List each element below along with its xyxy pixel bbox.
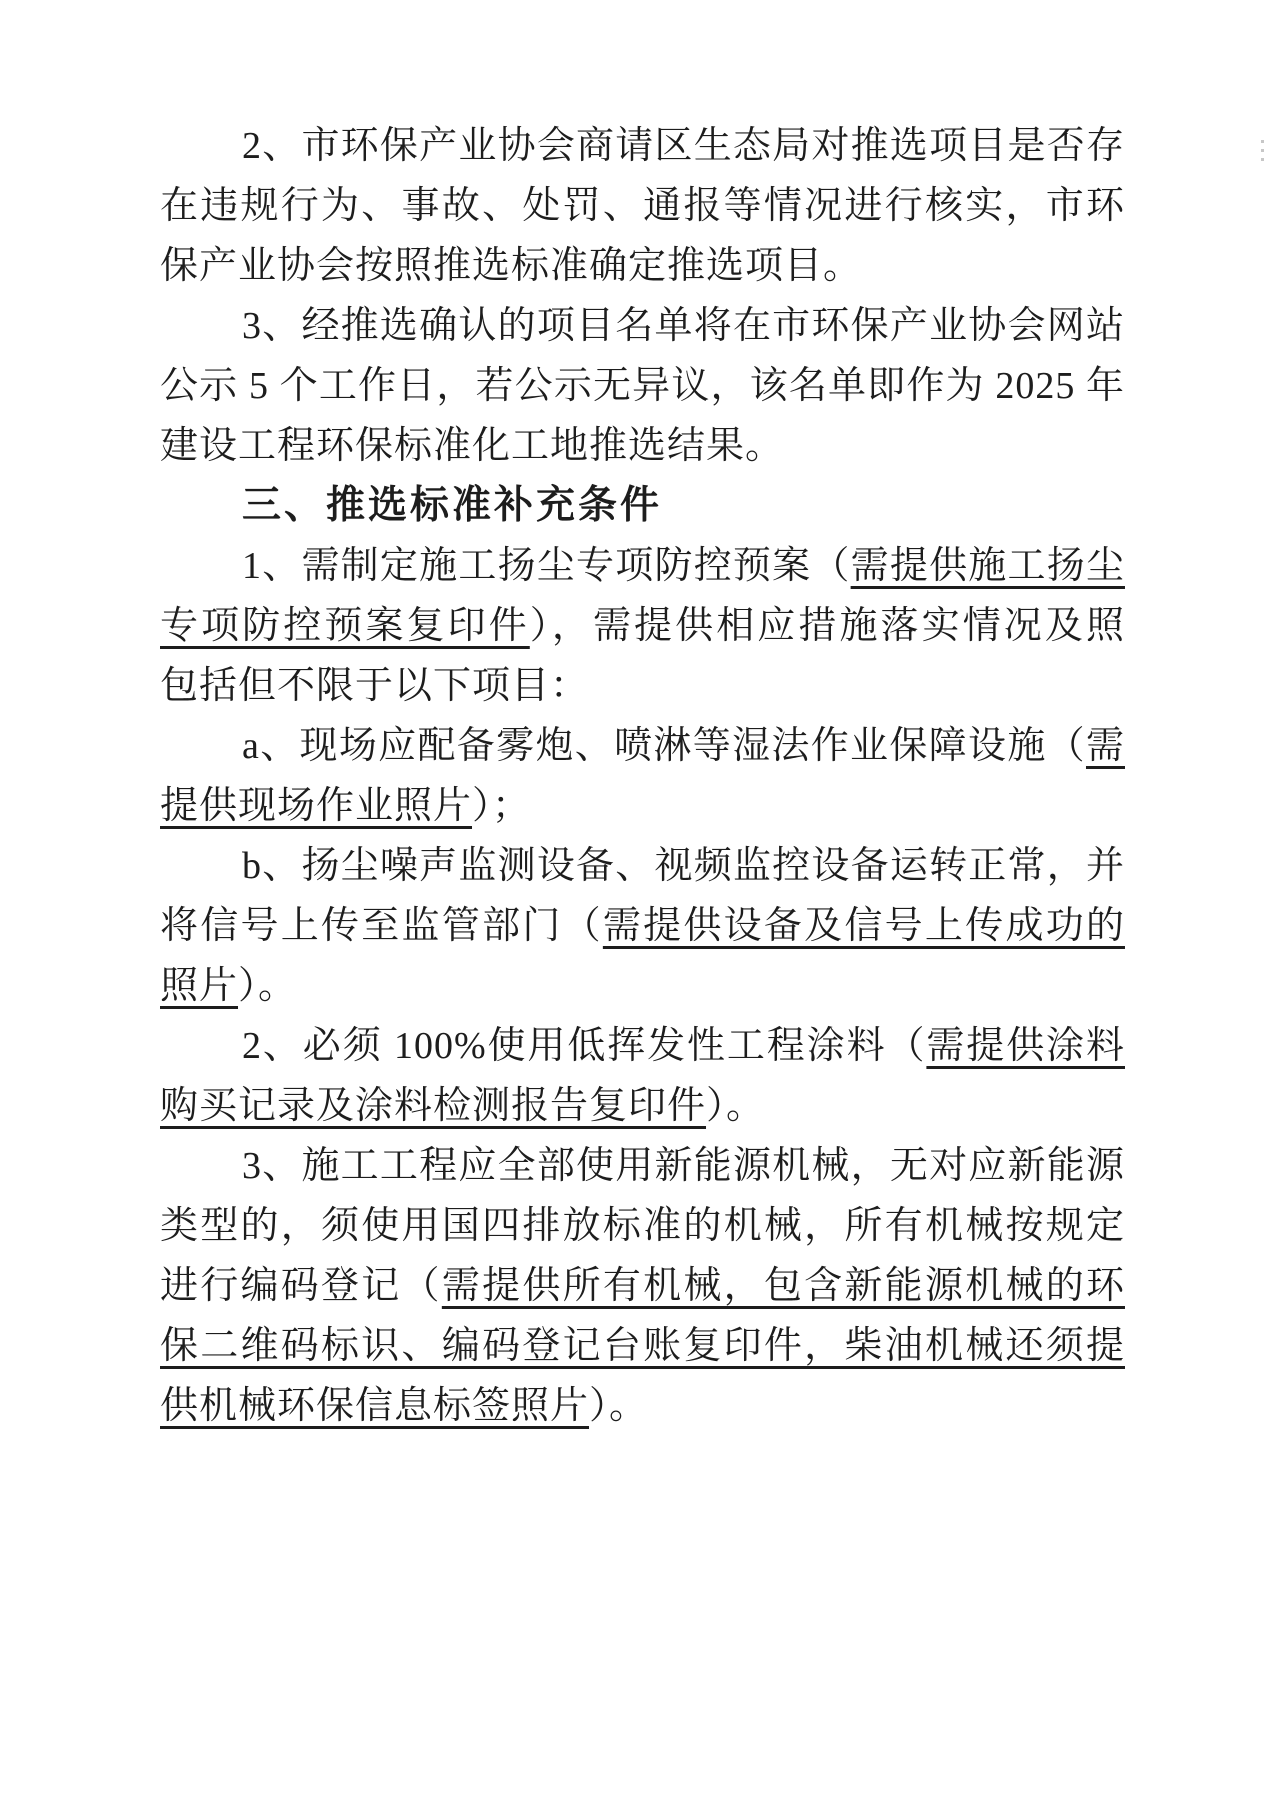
text-line: 2、市环保产业协会商请区生态局对推选项目是否存 — [160, 116, 1125, 176]
section-heading: 三、推选标准补充条件 — [160, 476, 1125, 536]
text-segment: ）。 — [238, 965, 297, 1007]
text-segment: 3、经推选确认的项目名单将在市环保产业协会网站 — [242, 305, 1125, 347]
underlined-text-segment: 需提供施工扬尘 — [851, 545, 1125, 587]
text-segment: 三、推选标准补充条件 — [242, 484, 662, 527]
text-line: 保产业协会按照推选标准确定推选项目。 — [160, 236, 1125, 296]
text-segment: 3、施工工程应全部使用新能源机械，无对应新能源 — [242, 1145, 1125, 1187]
document-text-block: 2、市环保产业协会商请区生态局对推选项目是否存在违规行为、事故、处罚、通报等情况… — [160, 116, 1125, 1436]
text-line: 购买记录及涂料检测报告复印件）。 — [160, 1076, 1125, 1136]
text-line: 包括但不限于以下项目： — [160, 656, 1125, 716]
text-segment: 1、需制定施工扬尘专项防控预案（ — [242, 545, 851, 587]
text-line: 提供现场作业照片）； — [160, 776, 1125, 836]
text-segment: 在违规行为、事故、处罚、通报等情况进行核实，市环 — [160, 185, 1125, 227]
text-line: 公示 5 个工作日，若公示无异议，该名单即作为 2025 年 — [160, 356, 1125, 416]
underlined-text-segment: 购买记录及涂料检测报告复印件 — [160, 1085, 706, 1127]
text-line: 进行编码登记（需提供所有机械，包含新能源机械的环 — [160, 1256, 1125, 1316]
text-line: b、扬尘噪声监测设备、视频监控设备运转正常，并 — [160, 836, 1125, 896]
text-line: 2、必须 100%使用低挥发性工程涂料（需提供涂料 — [160, 1016, 1125, 1076]
text-segment: a、现场应配备雾炮、喷淋等湿法作业保障设施（ — [242, 725, 1086, 767]
text-line: 供机械环保信息标签照片）。 — [160, 1376, 1125, 1436]
text-line: 保二维码标识、编码登记台账复印件，柴油机械还须提 — [160, 1316, 1125, 1376]
text-segment: ）。 — [589, 1385, 648, 1427]
text-line: 3、经推选确认的项目名单将在市环保产业协会网站 — [160, 296, 1125, 356]
underlined-text-segment: 提供现场作业照片 — [160, 785, 472, 827]
underlined-text-segment: 需提供设备及信号上传成功的 — [603, 905, 1125, 947]
underlined-text-segment: 专项防控预案复印件 — [160, 605, 530, 647]
text-line: 在违规行为、事故、处罚、通报等情况进行核实，市环 — [160, 176, 1125, 236]
text-segment: 2、市环保产业协会商请区生态局对推选项目是否存 — [242, 125, 1125, 167]
scan-artifact — [1261, 140, 1264, 164]
text-line: 类型的，须使用国四排放标准的机械，所有机械按规定 — [160, 1196, 1125, 1256]
text-line: 3、施工工程应全部使用新能源机械，无对应新能源 — [160, 1136, 1125, 1196]
text-segment: 保产业协会按照推选标准确定推选项目。 — [160, 245, 862, 287]
text-segment: ）。 — [706, 1085, 765, 1127]
underlined-text-segment: 需提供涂料 — [926, 1025, 1125, 1067]
text-line: 照片）。 — [160, 956, 1125, 1016]
text-segment: b、扬尘噪声监测设备、视频监控设备运转正常，并 — [242, 845, 1125, 887]
text-line: a、现场应配备雾炮、喷淋等湿法作业保障设施（需 — [160, 716, 1125, 776]
underlined-text-segment: 需 — [1086, 725, 1125, 767]
underlined-text-segment: 保二维码标识、编码登记台账复印件，柴油机械还须提 — [160, 1325, 1125, 1367]
text-segment: ）； — [472, 785, 531, 827]
underlined-text-segment: 照片 — [160, 965, 238, 1007]
text-line: 将信号上传至监管部门（需提供设备及信号上传成功的 — [160, 896, 1125, 956]
text-segment: 2、必须 100%使用低挥发性工程涂料（ — [242, 1025, 926, 1067]
underlined-text-segment: 供机械环保信息标签照片 — [160, 1385, 589, 1427]
text-segment: 进行编码登记（ — [160, 1265, 442, 1307]
text-segment: 建设工程环保标准化工地推选结果。 — [160, 425, 784, 467]
text-segment: 类型的，须使用国四排放标准的机械，所有机械按规定 — [160, 1205, 1125, 1247]
underlined-text-segment: 需提供所有机械，包含新能源机械的环 — [442, 1265, 1125, 1307]
text-segment: 包括但不限于以下项目： — [160, 665, 589, 707]
scanned-document-page: 2、市环保产业协会商请区生态局对推选项目是否存在违规行为、事故、处罚、通报等情况… — [0, 0, 1280, 1811]
text-line: 建设工程环保标准化工地推选结果。 — [160, 416, 1125, 476]
text-segment: 将信号上传至监管部门（ — [160, 905, 603, 947]
text-segment: 公示 5 个工作日，若公示无异议，该名单即作为 2025 年 — [160, 365, 1125, 407]
text-line: 专项防控预案复印件），需提供相应措施落实情况及照片， — [160, 596, 1125, 656]
text-line: 1、需制定施工扬尘专项防控预案（需提供施工扬尘 — [160, 536, 1125, 596]
